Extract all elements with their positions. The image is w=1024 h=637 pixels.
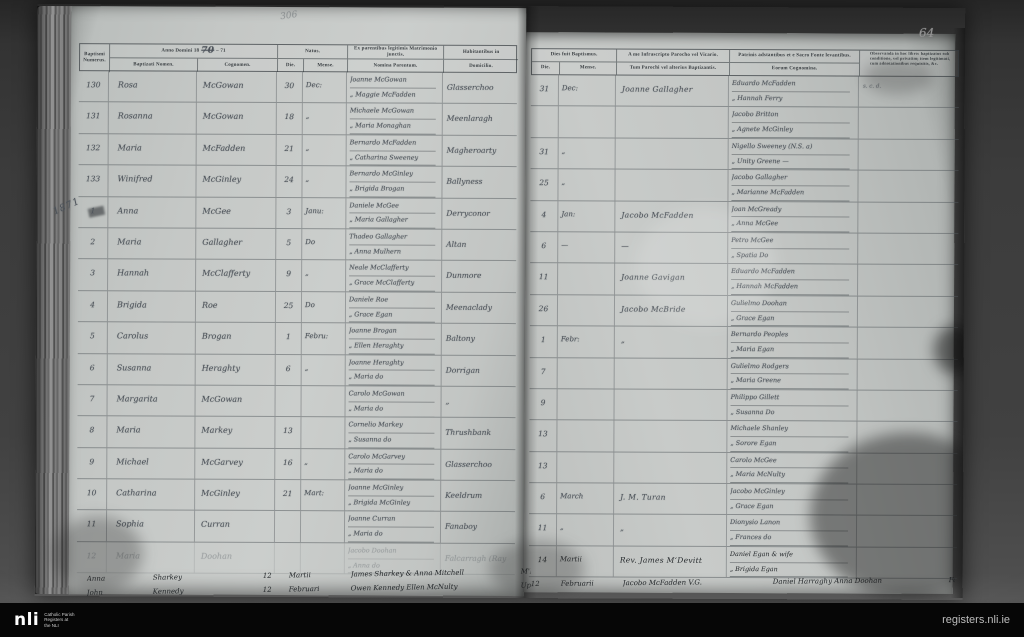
nli-logo: nli Catholic Parish Registers at the NLI: [14, 612, 75, 629]
cell-surname: Markey: [195, 417, 275, 448]
cell-sponsors-line1: Gulielmo Rodgers: [731, 360, 849, 375]
table-row: 11SophiaCurranJoanne Curran„ Maria doFan…: [77, 511, 515, 544]
cell-observation: [857, 390, 957, 421]
cell-parents: Joanne Curran„ Maria do: [345, 512, 441, 543]
cell-parents-line2: „ Maria do: [348, 528, 434, 543]
cell-entry-number: 10: [77, 479, 107, 510]
cell-observation: [857, 547, 957, 578]
table-row: 11„„Dionysio Lanon„ Frances do: [529, 515, 957, 548]
cell-parents: Thadeo Gallagher„ Anna Mulhern: [346, 229, 442, 260]
cell-surname: McClafferty: [196, 260, 276, 291]
cell-baptism-month: „: [559, 138, 616, 169]
cell-baptism-month: March: [557, 483, 614, 514]
cell-parents: Bernardo McGinley„ Brigida Brogan: [346, 167, 442, 198]
cell-baptized-name: Susanna: [108, 354, 196, 385]
cell-sponsors: Gulielmo Rodgers„ Maria Greene: [728, 359, 858, 390]
header-nomen: Baptizati Nomen.: [110, 58, 198, 71]
cell-parents-line2: „ Maria Monaghan: [350, 120, 436, 135]
cell-sponsors: Jacobo McGinley„ Grace Egan: [727, 484, 857, 515]
header-mense: Mense.: [304, 59, 348, 72]
cell-entry-number: 12: [77, 542, 107, 573]
cell-sponsors-line1: Michaele Shanley: [730, 422, 848, 437]
cell-birth-day: 9: [276, 260, 302, 291]
cell-birth-day: 18: [277, 103, 303, 134]
table-row: 7MargaritaMcGowanCarolo McGowan„ Maria d…: [77, 385, 515, 418]
cell-baptism-month: [559, 107, 616, 138]
table-row: 8MariaMarkey13Cornelio Markey„ Susanna d…: [77, 416, 515, 449]
cell-parents: Daniele Roe„ Grace Egan: [346, 292, 442, 323]
cell-birth-month: „: [302, 260, 346, 291]
table-row: 4Jan:Jacobo McFaddenJoan McGready„ Anna …: [530, 201, 958, 234]
table-row: 6——Petro McGee„ Spatia Do: [530, 232, 958, 265]
table-row: 1AnnaMcGee3Janu:Daniele McGee„ Maria Gal…: [78, 197, 516, 230]
cell-birth-month: „: [302, 166, 346, 197]
cell-baptism-month: [558, 295, 615, 326]
cell-minister: [616, 107, 729, 138]
header-patrini-sub: Eorum Cognomina.: [730, 63, 860, 76]
cell-observation: [857, 453, 957, 484]
cell-baptized-name: Carolus: [108, 322, 196, 353]
bottom-mense: Februari: [289, 584, 351, 593]
bottom-die: 12: [263, 572, 289, 580]
cell-surname: Doohan: [195, 543, 275, 574]
cell-entry-number: 2: [78, 228, 108, 259]
cell-sponsors-line1: Jacobo Gallagher: [732, 171, 850, 186]
cell-parents: Joanne Brogan„ Ellen Heraghty: [346, 323, 442, 354]
cell-parents-line2: „ Brigida McGinley: [348, 496, 434, 511]
cell-parents-line1: Carolo McGowan: [349, 387, 435, 402]
cell-baptized-name: Rosanna: [109, 103, 197, 134]
cell-surname: Heraghty: [196, 354, 276, 385]
cell-residence: Thrushbank: [441, 418, 515, 449]
cell-entry-number: 131: [79, 103, 109, 134]
page-edges-left: [35, 6, 74, 594]
cell-baptism-month: Martii: [557, 546, 614, 577]
cell-sponsors-line1: Petro McGee: [731, 234, 849, 249]
cell-minister: —: [615, 232, 728, 263]
cell-sponsors: Eduardo McFadden„ Hannah McFadden: [728, 264, 858, 295]
table-row: 4BrigidaRoe25DoDaniele Roe„ Grace EganMe…: [78, 291, 516, 324]
watermark-url: registers.nli.ie: [942, 614, 1010, 626]
cell-sponsors: Jacobo Gallagher„ Marianne McFadden: [728, 170, 858, 201]
cell-entry-number: 132: [79, 134, 109, 165]
cell-baptized-name: Maria: [108, 228, 196, 259]
bottom-mense: Martii: [289, 570, 351, 579]
bottom-die: 12: [263, 586, 289, 594]
cell-baptized-name: Maria: [107, 542, 195, 573]
cell-birth-day: 21: [277, 135, 303, 166]
cell-minister: [616, 138, 729, 169]
cell-sponsors-line1: Daniel Egan & wife: [730, 548, 848, 563]
cell-sponsors-line2: „ Sorore Egan: [730, 437, 848, 452]
cell-birth-month: [301, 417, 345, 448]
cell-sponsors-line2: „ Unity Greene —: [732, 155, 850, 170]
cell-parents-line2: „ Brigida Brogan: [349, 182, 435, 197]
cell-baptized-name: Rosa: [109, 71, 197, 102]
bottom-name: John: [87, 588, 153, 597]
cell-sponsors-line2: „ Anna McGee: [731, 217, 849, 232]
cell-sponsors-line2: „ Spatia Do: [731, 249, 849, 264]
table-row: 131RosannaMcGowan18„Michaele McGowan„ Ma…: [79, 103, 517, 136]
cell-surname: McGowan: [195, 386, 275, 417]
cell-entry-number: 9: [77, 448, 107, 479]
cell-birth-day: 13: [275, 417, 301, 448]
cell-observation: s. c. d.: [859, 77, 959, 108]
cell-birth-month: [301, 386, 345, 417]
cell-entry-number: 7: [78, 385, 108, 416]
cell-sponsors-line1: Joan McGready: [731, 203, 849, 218]
cell-surname: McGarvey: [195, 448, 275, 479]
cell-birth-day: 1: [276, 323, 302, 354]
cell-birth-day: 24: [276, 166, 302, 197]
cell-birth-day: [275, 511, 301, 542]
header-parentes: Ex parentibus legitimis Matrimonio junct…: [348, 45, 444, 59]
header-anno-domini: Anno Domini 18 70 – 71: [110, 44, 278, 59]
cell-entry-number: 11: [77, 511, 107, 542]
cell-birth-month: „: [303, 104, 347, 135]
cell-sponsors-line1: Gulielmo Doohan: [731, 297, 849, 312]
cell-parents-line1: Daniele Roe: [349, 293, 435, 308]
cell-baptized-name: Maria: [109, 134, 197, 165]
cell-minister: [614, 452, 727, 483]
cell-residence: Fanaboy: [441, 512, 515, 543]
cell-surname: Brogan: [196, 323, 276, 354]
cell-parents-line2: „ Catharina Sweeney: [350, 151, 436, 166]
table-row: 5CarolusBrogan1Febru:Joanne Brogan„ Elle…: [78, 322, 516, 355]
bottom-name: Anna: [87, 574, 153, 583]
header-patrini: Patrinis adstantibus et e Sacro Fonte le…: [730, 50, 860, 64]
cell-birth-day: 30: [277, 72, 303, 103]
cell-sponsors: Philippo Gillett„ Susanna Do: [727, 390, 857, 421]
cell-sponsors-line1: Jacobo Britton: [732, 108, 850, 123]
cell-baptized-name: Winifred: [108, 165, 196, 196]
cell-parents: Joanne McGowan„ Maggie McFadden: [347, 72, 443, 103]
header-observanda: Observanda in hoc libro: baptizatus sub …: [860, 51, 960, 76]
cell-sponsors: Gulielmo Doohan„ Grace Egan: [728, 296, 858, 327]
cell-parents-line2: „ Maria do: [348, 402, 434, 417]
cell-parents-line1: Jacobo Doohan: [348, 544, 434, 559]
cell-sponsors-line2: „ Maria Egan: [731, 343, 849, 358]
cell-minister: [614, 389, 727, 420]
cell-parents: Cornelio Markey„ Susanna do: [345, 418, 441, 449]
cell-birth-month: „: [302, 355, 346, 386]
book-gutter: [515, 6, 540, 598]
cell-baptism-month: [557, 421, 614, 452]
cell-observation: [858, 359, 958, 390]
footer-bar: nli Catholic Parish Registers at the NLI…: [0, 603, 1024, 637]
cell-entry-number: 6: [78, 354, 108, 385]
cell-birth-month: „: [303, 135, 347, 166]
cell-sponsors-line1: Jacobo McGinley: [730, 485, 848, 500]
cell-birth-day: 21: [275, 480, 301, 511]
cell-sponsors-line1: Eduardo McFadden: [731, 265, 849, 280]
table-row: 132MariaMcFadden21„Bernardo McFadden„ Ca…: [79, 134, 517, 167]
cell-sponsors-line2: „ Hannah Ferry: [732, 92, 850, 107]
table-row: Jacobo Britton„ Agnete McGinley: [531, 107, 959, 140]
cell-birth-month: [301, 543, 345, 574]
cell-parents-line1: Cornelio Markey: [348, 419, 434, 434]
header-domicilio: Domicilio.: [444, 60, 518, 73]
cell-sponsors-line2: „ Brigida Egan: [730, 563, 848, 578]
cell-baptism-month: [557, 389, 614, 420]
cell-baptized-name: Sophia: [107, 511, 195, 542]
left-table-rows: 130RosaMcGowan30Dec:Joanne McGowan„ Magg…: [77, 71, 517, 575]
cell-birth-month: Mart:: [301, 480, 345, 511]
cell-residence: Altan: [442, 230, 516, 261]
table-row: 14MartiiRev. James M‘DevittDaniel Egan &…: [529, 546, 957, 579]
cell-observation: [858, 328, 958, 359]
cell-parents-line1: Bernardo McFadden: [350, 136, 436, 151]
cell-minister: „: [614, 515, 727, 546]
cell-parents-line2: „ Grace Egan: [349, 308, 435, 323]
cell-parents: Carolo McGarvey„ Maria do: [345, 449, 441, 480]
table-row: 130RosaMcGowan30Dec:Joanne McGowan„ Magg…: [79, 71, 517, 104]
cell-parents: Daniele McGee„ Maria Gallagher: [346, 198, 442, 229]
cell-surname: McGowan: [197, 103, 277, 134]
cell-baptism-month: [558, 264, 615, 295]
cell-baptism-month: Dec:: [559, 75, 616, 106]
cell-parents-line2: „ Maria do: [348, 465, 434, 480]
cell-parents-line1: Carolo McGarvey: [348, 450, 434, 465]
bottom-mense: Februarii: [561, 579, 623, 588]
cell-birth-day: [275, 386, 301, 417]
cell-baptized-name: Brigida: [108, 291, 196, 322]
photo-background: 64 306 1871 Baptismi Numerus. Anno Domin…: [0, 0, 1024, 637]
cell-parents-line2: „ Maria Gallagher: [349, 214, 435, 229]
nli-logo-mark: nli: [14, 612, 39, 629]
cell-parents: Joanne Heraghty„ Maria do: [346, 355, 442, 386]
cell-observation: [857, 485, 957, 516]
cell-birth-month: Janu:: [302, 198, 346, 229]
cell-parents-line1: Joanne McGinley: [348, 481, 434, 496]
table-row: 13Carolo McGee„ Maria McNulty: [529, 452, 957, 485]
cell-minister: Jacobo McFadden: [615, 201, 728, 232]
cell-minister: „: [615, 327, 728, 358]
cell-minister: [615, 358, 728, 389]
table-row: 6MarchJ. M. TuranJacobo McGinley„ Grace …: [529, 483, 957, 516]
cell-surname: McGowan: [197, 72, 277, 103]
table-row: 10CatharinaMcGinley21Mart:Joanne McGinle…: [77, 479, 515, 512]
cell-sponsors: Dionysio Lanon„ Frances do: [727, 515, 857, 546]
cell-parents-line2: „ Grace McClafferty: [349, 276, 435, 291]
cell-surname: McGinley: [196, 166, 276, 197]
cell-observation: [857, 516, 957, 547]
table-row: 6SusannaHeraghty6„Joanne Heraghty„ Maria…: [78, 354, 516, 387]
cell-birth-month: „: [301, 449, 345, 480]
cell-parents-line1: Joanne Heraghty: [349, 356, 435, 371]
cell-residence: Dorrigan: [442, 355, 516, 386]
cell-baptism-month: [558, 358, 615, 389]
cell-surname: Curran: [195, 511, 275, 542]
cell-parents: Joanne McGinley„ Brigida McGinley: [345, 480, 441, 511]
cell-residence: Meenlaragh: [443, 104, 517, 135]
cell-residence: Baltony: [442, 324, 516, 355]
cell-sponsors-line2: „ Hannah McFadden: [731, 280, 849, 295]
cell-parents-line1: Bernardo McGinley: [350, 168, 436, 183]
cell-baptized-name: Maria: [107, 417, 195, 448]
cell-sponsors: Michaele Shanley„ Sorore Egan: [727, 421, 857, 452]
cell-sponsors-line2: „ Grace Egan: [730, 500, 848, 515]
bottom-note: Falcarragh: [949, 576, 955, 584]
cell-parents: Neale McClafferty„ Grace McClafferty: [346, 261, 442, 292]
header-cognomen: Cognomen.: [198, 59, 278, 72]
cell-residence: Glasserchoo: [443, 73, 517, 104]
cell-residence: „: [441, 387, 515, 418]
cell-baptism-month: —: [558, 232, 615, 263]
cell-sponsors: Bernardo Peoples„ Maria Egan: [728, 327, 858, 358]
cell-parents-line2: „ Maggie McFadden: [350, 88, 436, 103]
cell-minister: [614, 421, 727, 452]
cell-birth-day: 16: [275, 449, 301, 480]
cell-parents-line1: Joanne McGowan: [350, 73, 436, 88]
cell-baptized-name: Anna: [108, 197, 196, 228]
anno-print: Anno Domini 18: [161, 48, 199, 54]
header-natus: Natus.: [278, 45, 348, 59]
cell-parents-line2: „ Anna Mulhern: [349, 245, 435, 260]
cell-parents-line1: Daniele McGee: [349, 199, 435, 214]
anno-print-suffix: – 71: [216, 48, 226, 54]
cell-surname: Roe: [196, 291, 276, 322]
cell-sponsors: Jacobo Britton„ Agnete McGinley: [729, 107, 859, 138]
table-row: 31Dec:Joanne GallagherEduardo McFadden„ …: [531, 75, 959, 108]
cell-entry-number: 130: [79, 71, 109, 102]
cell-surname: Gallagher: [196, 229, 276, 260]
cell-sponsors: Petro McGee„ Spatia Do: [728, 233, 858, 264]
bottom-min: Jacobo McFadden V.G.: [623, 578, 773, 587]
cell-sponsors-line1: Philippo Gillett: [731, 391, 849, 406]
left-baptism-table: Baptismi Numerus. Anno Domini 18 70 – 71…: [77, 43, 517, 575]
cell-sponsors: Nigello Sweeney (N.S. a)„ Unity Greene —: [729, 139, 859, 170]
header-minister: A me Infrascripto Parocho vel Vicario.: [617, 50, 730, 63]
cell-sponsors: Eduardo McFadden„ Hannah Ferry: [729, 76, 859, 107]
cell-entry-number: 133: [78, 165, 108, 196]
cell-observation: [858, 265, 958, 296]
table-row: 1Febr:„Bernardo Peoples„ Maria Egan: [530, 326, 958, 359]
cell-birth-day: 25: [276, 292, 302, 323]
cell-parents-line1: Joanne Brogan: [349, 324, 435, 339]
table-row: 133WinifredMcGinley24„Bernardo McGinley„…: [78, 165, 516, 198]
cell-observation: [858, 171, 958, 202]
cell-baptism-month: [557, 452, 614, 483]
cell-surname: McGee: [196, 197, 276, 228]
cell-sponsors-line2: „ Maria Greene: [731, 374, 849, 389]
cell-sponsors-line2: „ Grace Egan: [731, 312, 849, 327]
cell-sponsors: Joan McGready„ Anna McGee: [728, 202, 858, 233]
cell-surname: McFadden: [197, 134, 277, 165]
cell-birth-month: Do: [302, 229, 346, 260]
cell-sponsors-line1: Nigello Sweeney (N.S. a): [732, 140, 850, 155]
left-table-header: Baptismi Numerus. Anno Domini 18 70 – 71…: [79, 43, 517, 73]
register-book: 306 1871 Baptismi Numerus. Anno Domini 1…: [35, 4, 966, 600]
cell-sponsors-line2: „ Marianne McFadden: [731, 186, 849, 201]
header-minister-sub: Tum Parochi vel alterius Baptizantis.: [617, 63, 730, 75]
cell-birth-day: 5: [276, 229, 302, 260]
cell-observation: [858, 296, 958, 327]
cell-sponsors-line1: Carolo McGee: [730, 454, 848, 469]
cell-minister: Jacobo McBride: [615, 295, 728, 326]
cell-observation: [859, 139, 959, 170]
cell-minister: J. M. Turan: [614, 484, 727, 515]
cell-parents: Bernardo McFadden„ Catharina Sweeney: [347, 135, 443, 166]
header-dies-baptismus: Dies fuit Baptismus.: [532, 49, 617, 62]
cell-observation: [859, 108, 959, 139]
cell-minister: Joanne Gallagher: [616, 76, 729, 107]
table-row: 13Michaele Shanley„ Sorore Egan: [529, 420, 957, 453]
page-number-annotation: 64: [919, 26, 934, 40]
cell-baptism-month: Febr:: [558, 326, 615, 357]
cell-birth-month: [301, 512, 345, 543]
header-nomina-parentum: Nomina Parentum.: [348, 59, 444, 72]
cell-sponsors: Carolo McGee„ Maria McNulty: [727, 453, 857, 484]
cell-observation: [858, 202, 958, 233]
cell-baptism-month: „: [558, 169, 615, 200]
cell-birth-month: Febru:: [302, 323, 346, 354]
header-habitantibus: Habitantibus in: [444, 46, 518, 60]
cell-birth-day: 6: [276, 355, 302, 386]
anno-handwritten-year: 70: [201, 46, 214, 56]
cell-birth-month: Dec:: [303, 72, 347, 103]
bottom-sponsors: Daniel Harraghy Anna Doohan: [773, 576, 949, 586]
cell-parents: Carolo McGowan„ Maria do: [345, 386, 441, 417]
cell-parents-line2: „ Ellen Heraghty: [349, 339, 435, 354]
cell-baptized-name: Catharina: [107, 479, 195, 510]
cell-entry-number: 4: [78, 291, 108, 322]
cell-baptized-name: Margarita: [108, 385, 196, 416]
cell-entry-number: 1: [78, 197, 108, 228]
cell-minister: Joanne Gavigan: [615, 264, 728, 295]
table-row: 25„Jacobo Gallagher„ Marianne McFadden: [530, 169, 958, 202]
table-row: 26Jacobo McBrideGulielmo Doohan„ Grace E…: [530, 295, 958, 328]
cell-residence: Meenaclady: [442, 292, 516, 323]
cell-entry-number: 5: [78, 322, 108, 353]
cell-residence: Ballyness: [442, 167, 516, 198]
cell-observation: [857, 422, 957, 453]
table-row: 7Gulielmo Rodgers„ Maria Greene: [530, 358, 958, 391]
cell-residence: Glasserchoo: [441, 449, 515, 480]
cell-parents-line1: Joanne Curran: [348, 513, 434, 528]
right-table-rows: 31Dec:Joanne GallagherEduardo McFadden„ …: [529, 75, 959, 579]
cell-sponsors-line1: Bernardo Peoples: [731, 328, 849, 343]
header-numerus: Baptismi Numerus.: [80, 44, 110, 72]
cell-parents-line1: Thadeo Gallagher: [349, 230, 435, 245]
cell-parents-line2: „ Susanna do: [348, 433, 434, 448]
cell-parents-line1: Michaele McGowan: [350, 105, 436, 120]
cell-minister: Rev. James M‘Devitt: [614, 546, 727, 577]
cell-sponsors: Daniel Egan & wife„ Brigida Egan: [727, 547, 857, 578]
cell-baptism-month: Jan:: [558, 201, 615, 232]
right-baptism-table: Dies fuit Baptismus. A me Infrascripto P…: [529, 48, 959, 579]
header-die: Die.: [278, 59, 304, 72]
header-mense-right: Mense.: [560, 62, 617, 74]
table-row: 31„Nigello Sweeney (N.S. a)„ Unity Green…: [531, 138, 959, 171]
cell-sponsors-line2: „ Frances do: [730, 531, 848, 546]
cell-baptized-name: Hannah: [108, 260, 196, 291]
cell-minister: [615, 170, 728, 201]
cell-sponsors-line2: „ Susanna Do: [730, 406, 848, 421]
table-row: 9Philippo Gillett„ Susanna Do: [529, 389, 957, 422]
right-table-header: Dies fuit Baptismus. A me Infrascripto P…: [531, 48, 959, 77]
cell-parents: Michaele McGowan„ Maria Monaghan: [347, 104, 443, 135]
table-row: 9MichaelMcGarvey16„Carolo McGarvey„ Mari…: [77, 448, 515, 481]
table-row: 11Joanne GaviganEduardo McFadden„ Hannah…: [530, 263, 958, 296]
cell-residence: Magheroarty: [443, 136, 517, 167]
cell-parents-line2: „ Maria do: [349, 371, 435, 386]
cell-sponsors-line2: „ Agnete McGinley: [732, 123, 850, 138]
cell-entry-number: 3: [78, 260, 108, 291]
nli-logo-caption: Catholic Parish Registers at the NLI: [44, 612, 74, 629]
cell-parents-line1: Neale McClafferty: [349, 262, 435, 277]
cell-birth-day: 3: [276, 198, 302, 229]
